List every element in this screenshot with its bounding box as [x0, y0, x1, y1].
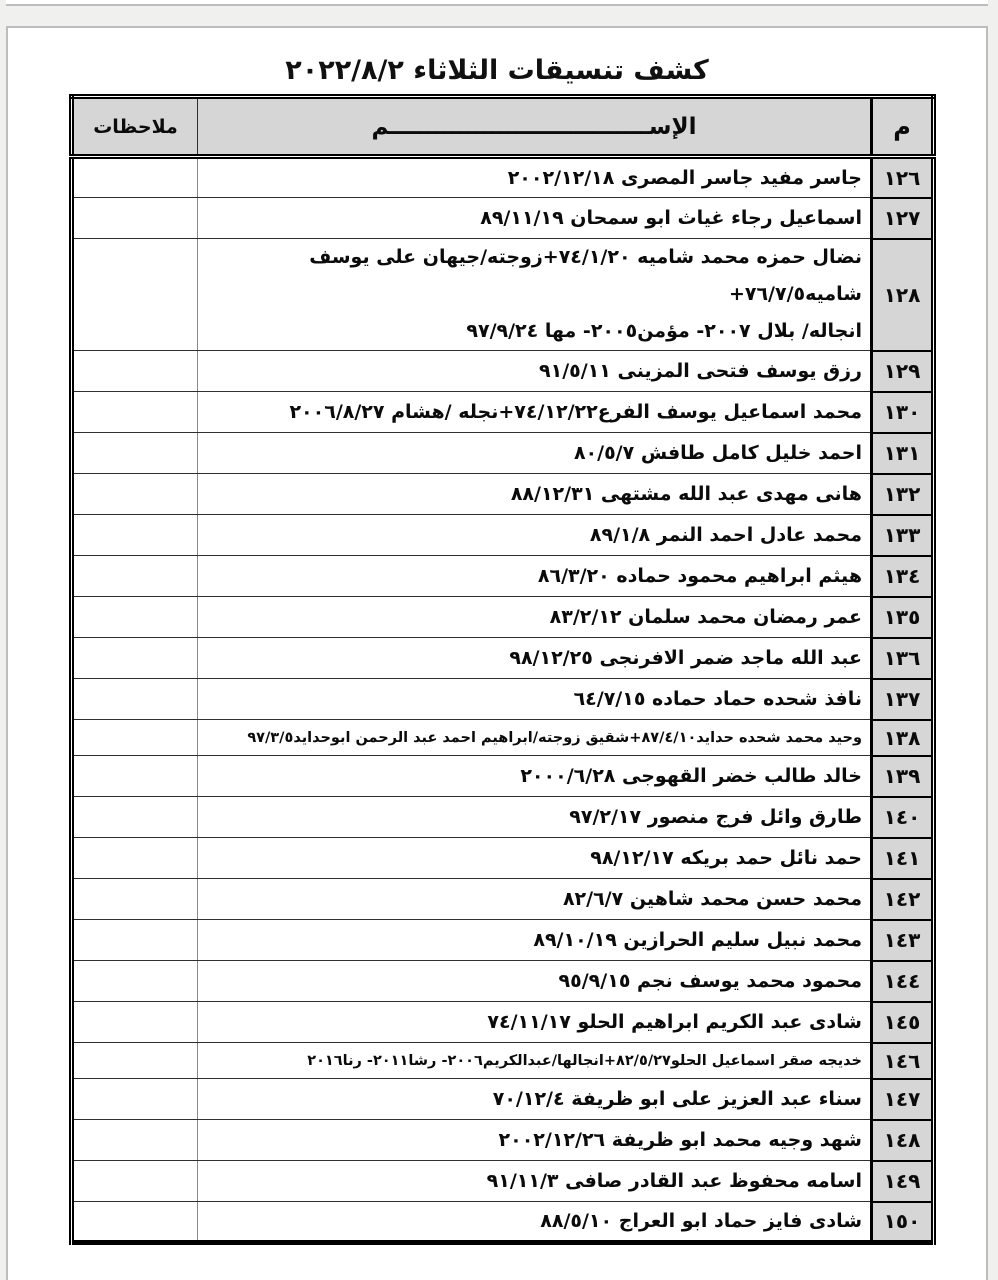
row-name: طارق وائل فرج منصور ٩٧/٢/١٧ — [198, 797, 872, 838]
table-row: ١٣٥عمر رمضان محمد سلمان ٨٣/٢/١٢ — [72, 597, 934, 638]
row-number: ١٣٨ — [872, 720, 934, 756]
row-notes — [72, 1002, 198, 1043]
table-row: ١٣٩خالد طالب خضر القهوجى ٢٠٠٠/٦/٢٨ — [72, 756, 934, 797]
row-name: محمود محمد يوسف نجم ٩٥/٩/١٥ — [198, 961, 872, 1002]
row-notes — [72, 879, 198, 920]
row-notes — [72, 797, 198, 838]
table-row: ١٣٨وحيد محمد شحده حدايد٨٧/٤/١٠+شقيق زوجت… — [72, 720, 934, 756]
row-name: شادى عبد الكريم ابراهيم الحلو ٧٤/١١/١٧ — [198, 1002, 872, 1043]
table-row: ١٢٩رزق يوسف فتحى المزينى ٩١/٥/١١ — [72, 351, 934, 392]
row-notes — [72, 597, 198, 638]
row-name: شادى فايز حماد ابو العراج ٨٨/٥/١٠ — [198, 1202, 872, 1243]
row-name: محمد نبيل سليم الحرازين ٨٩/١٠/١٩ — [198, 920, 872, 961]
row-name: عبد الله ماجد ضمر الافرنجى ٩٨/١٢/٢٥ — [198, 638, 872, 679]
row-number: ١٤٠ — [872, 797, 934, 838]
row-notes — [72, 920, 198, 961]
row-name: اسامه محفوظ عبد القادر صافى ٩١/١١/٣ — [198, 1161, 872, 1202]
row-notes — [72, 1161, 198, 1202]
table-row: ١٢٧اسماعيل رجاء غياث ابو سمحان ٨٩/١١/١٩ — [72, 198, 934, 239]
row-name: سناء عبد العزيز على ابو ظريفة ٧٠/١٢/٤ — [198, 1079, 872, 1120]
row-number: ١٤١ — [872, 838, 934, 879]
row-name: هيثم ابراهيم محمود حماده ٨٦/٣/٢٠ — [198, 556, 872, 597]
row-number: ١٣٦ — [872, 638, 934, 679]
row-notes — [72, 1120, 198, 1161]
row-name: محمد عادل احمد النمر ٨٩/١/٨ — [198, 515, 872, 556]
table-row: ١٣٧نافذ شحده حماد حماده ٦٤/٧/١٥ — [72, 679, 934, 720]
row-number: ١٢٦ — [872, 157, 934, 198]
table-row: ١٤٩اسامه محفوظ عبد القادر صافى ٩١/١١/٣ — [72, 1161, 934, 1202]
column-header-number: م — [872, 97, 934, 157]
row-name: حمد نائل حمد بريكه ٩٨/١٢/١٧ — [198, 838, 872, 879]
row-name: هانى مهدى عبد الله مشتهى ٨٨/١٢/٣١ — [198, 474, 872, 515]
row-number: ١٣١ — [872, 433, 934, 474]
table-row: ١٤٥شادى عبد الكريم ابراهيم الحلو ٧٤/١١/١… — [72, 1002, 934, 1043]
row-notes — [72, 1202, 198, 1243]
header-row: م الإســـــــــــــــــــــــــــــــــم… — [72, 97, 934, 157]
row-notes — [72, 1043, 198, 1079]
row-name: خالد طالب خضر القهوجى ٢٠٠٠/٦/٢٨ — [198, 756, 872, 797]
table-row: ١٤٠طارق وائل فرج منصور ٩٧/٢/١٧ — [72, 797, 934, 838]
row-name: اسماعيل رجاء غياث ابو سمحان ٨٩/١١/١٩ — [198, 198, 872, 239]
row-name: نضال حمزه محمد شاميه ٧٤/١/٢٠+زوجته/جيهان… — [198, 239, 872, 351]
table-row: ١٤٢محمد حسن محمد شاهين ٨٢/٦/٧ — [72, 879, 934, 920]
table-row: ١٤٧سناء عبد العزيز على ابو ظريفة ٧٠/١٢/٤ — [72, 1079, 934, 1120]
table-header: م الإســـــــــــــــــــــــــــــــــم… — [72, 97, 934, 157]
document-page: كشف تنسيقات الثلاثاء ٢٠٢٢/٨/٢ م الإســــ… — [6, 26, 988, 1280]
row-number: ١٤٧ — [872, 1079, 934, 1120]
row-name: خديجه صقر اسماعيل الحلو٨٢/٥/٢٧+انجالها/ع… — [198, 1043, 872, 1079]
row-number: ١٤٥ — [872, 1002, 934, 1043]
previous-page-edge — [6, 0, 988, 6]
row-number: ١٣٠ — [872, 392, 934, 433]
row-number: ١٣٧ — [872, 679, 934, 720]
row-name: جاسر مفيد جاسر المصرى ٢٠٠٢/١٢/١٨ — [198, 157, 872, 198]
row-number: ١٣٩ — [872, 756, 934, 797]
row-notes — [72, 679, 198, 720]
row-name: احمد خليل كامل طافش ٨٠/٥/٧ — [198, 433, 872, 474]
row-number: ١٣٢ — [872, 474, 934, 515]
row-notes — [72, 351, 198, 392]
row-number: ١٢٨ — [872, 239, 934, 351]
row-notes — [72, 838, 198, 879]
row-number: ١٤٩ — [872, 1161, 934, 1202]
table-row: ١٤٤محمود محمد يوسف نجم ٩٥/٩/١٥ — [72, 961, 934, 1002]
row-notes — [72, 756, 198, 797]
row-notes — [72, 157, 198, 198]
row-notes — [72, 720, 198, 756]
roster-table: م الإســـــــــــــــــــــــــــــــــم… — [69, 94, 936, 1245]
row-number: ١٤٦ — [872, 1043, 934, 1079]
row-notes — [72, 638, 198, 679]
table-row: ١٢٦جاسر مفيد جاسر المصرى ٢٠٠٢/١٢/١٨ — [72, 157, 934, 198]
row-number: ١٤٤ — [872, 961, 934, 1002]
table-row: ١٣٣محمد عادل احمد النمر ٨٩/١/٨ — [72, 515, 934, 556]
row-notes — [72, 515, 198, 556]
table-row: ١٢٨نضال حمزه محمد شاميه ٧٤/١/٢٠+زوجته/جي… — [72, 239, 934, 351]
table-row: ١٤٣محمد نبيل سليم الحرازين ٨٩/١٠/١٩ — [72, 920, 934, 961]
row-number: ١٥٠ — [872, 1202, 934, 1243]
table-body: ١٢٦جاسر مفيد جاسر المصرى ٢٠٠٢/١٢/١٨١٢٧اس… — [72, 157, 934, 1243]
row-notes — [72, 392, 198, 433]
table-row: ١٣٤هيثم ابراهيم محمود حماده ٨٦/٣/٢٠ — [72, 556, 934, 597]
row-name: شهد وجيه محمد ابو ظريفة ٢٠٠٢/١٢/٢٦ — [198, 1120, 872, 1161]
row-number: ١٣٣ — [872, 515, 934, 556]
row-number: ١٣٥ — [872, 597, 934, 638]
row-name: رزق يوسف فتحى المزينى ٩١/٥/١١ — [198, 351, 872, 392]
table-row: ١٣١احمد خليل كامل طافش ٨٠/٥/٧ — [72, 433, 934, 474]
row-number: ١٣٤ — [872, 556, 934, 597]
row-notes — [72, 433, 198, 474]
table-row: ١٣٢هانى مهدى عبد الله مشتهى ٨٨/١٢/٣١ — [72, 474, 934, 515]
row-number: ١٤٨ — [872, 1120, 934, 1161]
row-number: ١٤٢ — [872, 879, 934, 920]
row-notes — [72, 556, 198, 597]
table-row: ١٤٦خديجه صقر اسماعيل الحلو٨٢/٥/٢٧+انجاله… — [72, 1043, 934, 1079]
row-notes — [72, 239, 198, 351]
column-header-name: الإســـــــــــــــــــــــــــــــــم — [198, 97, 872, 157]
page-title: كشف تنسيقات الثلاثاء ٢٠٢٢/٨/٢ — [8, 52, 986, 90]
row-name: نافذ شحده حماد حماده ٦٤/٧/١٥ — [198, 679, 872, 720]
row-number: ١٢٧ — [872, 198, 934, 239]
row-notes — [72, 474, 198, 515]
row-notes — [72, 198, 198, 239]
row-name: محمد اسماعيل يوسف الفرع٧٤/١٢/٢٢+نجله /هش… — [198, 392, 872, 433]
row-name: وحيد محمد شحده حدايد٨٧/٤/١٠+شقيق زوجته/ا… — [198, 720, 872, 756]
row-name: محمد حسن محمد شاهين ٨٢/٦/٧ — [198, 879, 872, 920]
table-row: ١٤٨شهد وجيه محمد ابو ظريفة ٢٠٠٢/١٢/٢٦ — [72, 1120, 934, 1161]
table-row: ١٥٠شادى فايز حماد ابو العراج ٨٨/٥/١٠ — [72, 1202, 934, 1243]
row-name: عمر رمضان محمد سلمان ٨٣/٢/١٢ — [198, 597, 872, 638]
table-row: ١٣٠محمد اسماعيل يوسف الفرع٧٤/١٢/٢٢+نجله … — [72, 392, 934, 433]
column-header-notes: ملاحظات — [72, 97, 198, 157]
table-row: ١٤١حمد نائل حمد بريكه ٩٨/١٢/١٧ — [72, 838, 934, 879]
row-number: ١٤٣ — [872, 920, 934, 961]
row-number: ١٢٩ — [872, 351, 934, 392]
table-row: ١٣٦عبد الله ماجد ضمر الافرنجى ٩٨/١٢/٢٥ — [72, 638, 934, 679]
row-notes — [72, 961, 198, 1002]
row-notes — [72, 1079, 198, 1120]
